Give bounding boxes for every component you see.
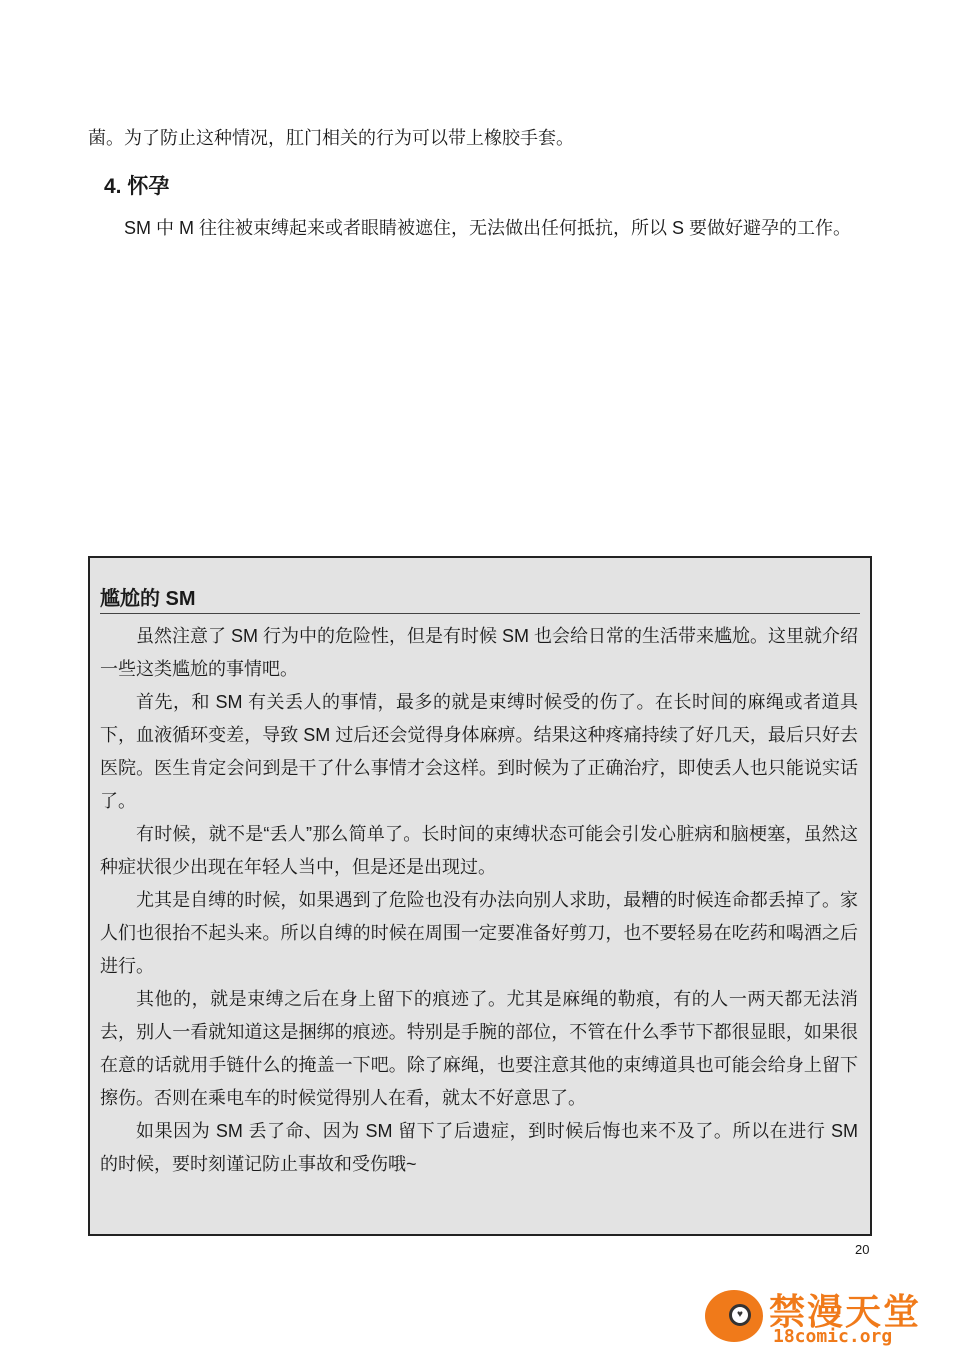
box-divider bbox=[100, 613, 860, 614]
paragraph: 如果因为 SM 丢了命、因为 SM 留下了后遗症，到时候后悔也来不及了。所以在进… bbox=[100, 1115, 858, 1181]
watermark-logo: ♥ 禁漫天堂 18comic.org bbox=[705, 1278, 925, 1350]
paragraph: 虽然注意了 SM 行为中的危险性，但是有时候 SM 也会给日常的生活带来尴尬。这… bbox=[100, 620, 858, 686]
sidebar-box: 尴尬的 SM 虽然注意了 SM 行为中的危险性，但是有时候 SM 也会给日常的生… bbox=[88, 556, 872, 1236]
heart-icon: ♥ bbox=[729, 1304, 751, 1326]
section-heading: 4. 怀孕 bbox=[104, 170, 169, 200]
watermark-url: 18comic.org bbox=[773, 1326, 892, 1347]
box-title: 尴尬的 SM bbox=[100, 582, 196, 611]
paragraph: 其他的，就是束缚之后在身上留下的痕迹了。尤其是麻绳的勒痕，有的人一两天都无法消去… bbox=[100, 983, 858, 1115]
paragraph: 有时候，就不是“丢人”那么简单了。长时间的束缚状态可能会引发心脏病和脑梗塞，虽然… bbox=[100, 818, 858, 884]
continuation-text: 菌。为了防止这种情况，肛门相关的行为可以带上橡胶手套。 bbox=[88, 124, 574, 150]
box-body: 虽然注意了 SM 行为中的危险性，但是有时候 SM 也会给日常的生活带来尴尬。这… bbox=[100, 620, 858, 1181]
paragraph: 首先，和 SM 有关丢人的事情，最多的就是束缚时候受的伤了。在长时间的麻绳或者道… bbox=[100, 686, 858, 818]
section-body: SM 中 M 往往被束缚起来或者眼睛被遮住，无法做出任何抵抗，所以 S 要做好避… bbox=[124, 214, 851, 240]
page-number: 20 bbox=[855, 1242, 869, 1257]
paragraph: 尤其是自缚的时候，如果遇到了危险也没有办法向别人求助，最糟的时候连命都丢掉了。家… bbox=[100, 884, 858, 983]
mascot-icon: ♥ bbox=[705, 1290, 763, 1342]
